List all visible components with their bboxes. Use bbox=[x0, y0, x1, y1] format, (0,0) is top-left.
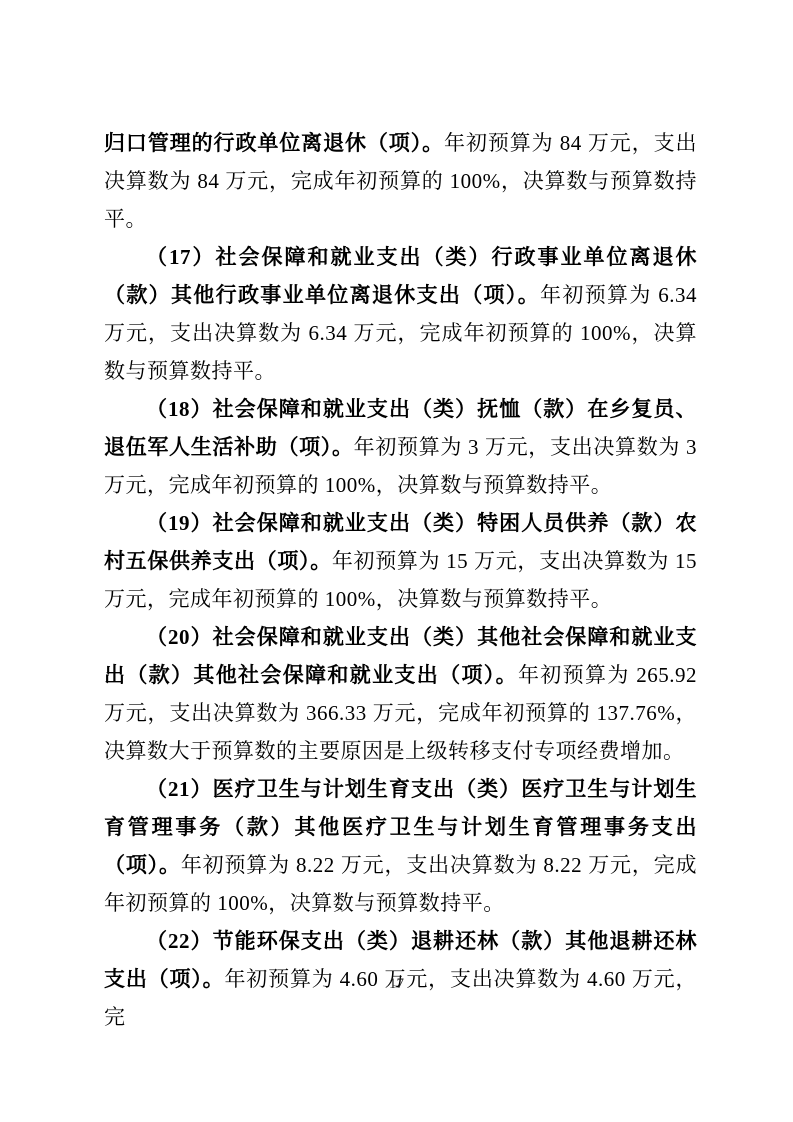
para-17: （17）社会保障和就业支出（类）行政事业单位离退休（款）其他行政事业单位离退休支… bbox=[104, 238, 697, 390]
budget-item-detail: 年初预算为 8.22 万元，支出决算数为 8.22 万元，完成年初预算的 100… bbox=[104, 853, 697, 915]
para-19: （19）社会保障和就业支出（类）特困人员供养（款）农村五保供养支出（项）。年初预… bbox=[104, 504, 697, 618]
budget-item-heading: 归口管理的行政单位离退休（项）。 bbox=[104, 131, 444, 155]
document-body-text: 归口管理的行政单位离退休（项）。年初预算为 84 万元，支出决算数为 84 万元… bbox=[104, 124, 697, 1036]
para-20: （20）社会保障和就业支出（类）其他社会保障和就业支出（款）其他社会保障和就业支… bbox=[104, 618, 697, 770]
document-page: 归口管理的行政单位离退休（项）。年初预算为 84 万元，支出决算数为 84 万元… bbox=[0, 0, 793, 1122]
para-18: （18）社会保障和就业支出（类）抚恤（款）在乡复员、退伍军人生活补助（项）。年初… bbox=[104, 390, 697, 504]
para-16-continuation: 归口管理的行政单位离退休（项）。年初预算为 84 万元，支出决算数为 84 万元… bbox=[104, 124, 697, 238]
para-21: （21）医疗卫生与计划生育支出（类）医疗卫生与计划生育管理事务（款）其他医疗卫生… bbox=[104, 770, 697, 922]
page-number: 17 bbox=[0, 974, 793, 994]
